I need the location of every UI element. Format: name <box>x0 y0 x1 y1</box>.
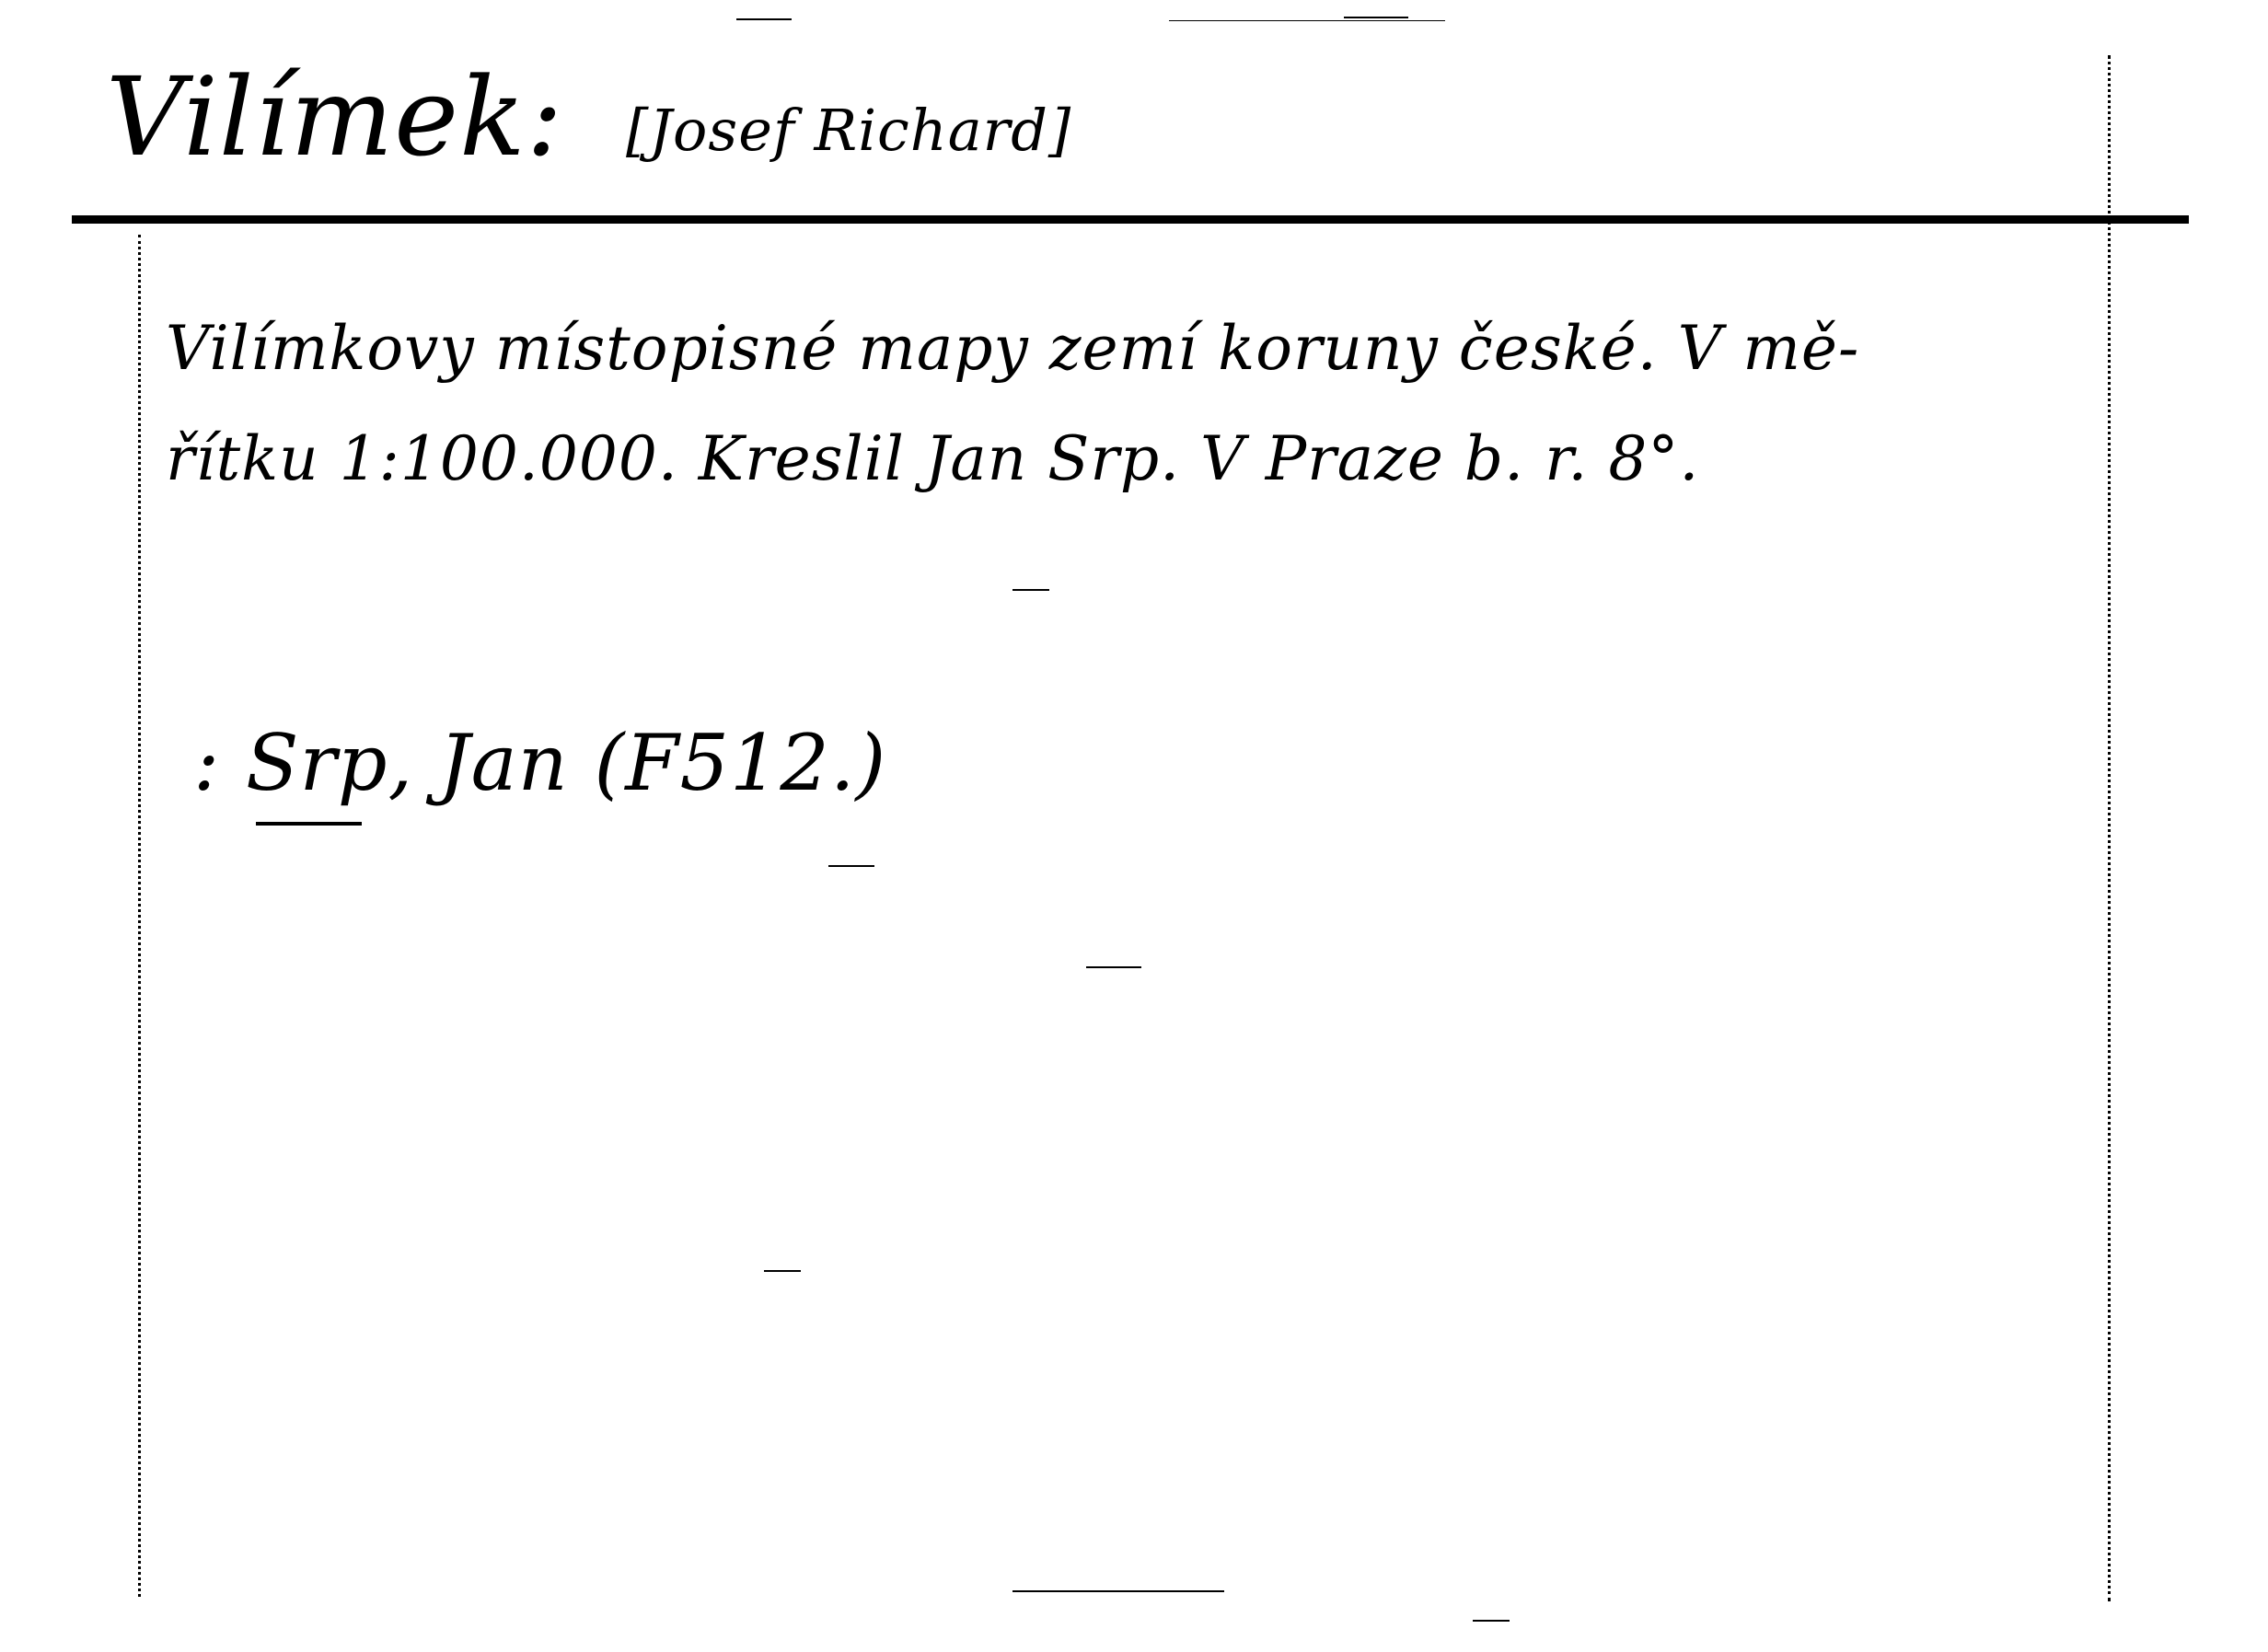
scan-speck <box>1086 966 1141 968</box>
heading-divider-rule <box>72 215 2189 224</box>
cross-reference-marker: : <box>193 718 220 808</box>
catalog-card: Vilímek: [Josef Richard] Vilímkovy místo… <box>0 0 2268 1652</box>
bibliographic-line-1: Vilímkovy místopisné mapy zemí koruny če… <box>166 313 1859 384</box>
scan-speck <box>1344 17 1408 18</box>
scan-speck <box>1012 589 1049 591</box>
heading-forenames: [Josef Richard] <box>626 97 1071 164</box>
bottom-scan-line <box>1012 1590 1224 1592</box>
cross-reference: : Srp, Jan (F512.) <box>193 718 886 808</box>
scan-speck <box>828 865 874 867</box>
scan-speck <box>1169 20 1445 21</box>
cross-reference-underline <box>256 822 362 826</box>
heading-surname: Vilímek: <box>106 53 563 180</box>
left-dotted-border <box>138 235 141 1597</box>
scan-speck <box>1473 1620 1510 1622</box>
scan-speck <box>764 1270 801 1272</box>
right-dotted-border <box>2108 55 2111 1601</box>
scan-speck <box>736 18 792 20</box>
cross-reference-name: Srp, Jan <box>246 718 569 808</box>
bibliographic-line-2: řítku 1:100.000. Kreslil Jan Srp. V Praz… <box>166 423 1699 494</box>
cross-reference-code: (F512.) <box>594 718 886 808</box>
